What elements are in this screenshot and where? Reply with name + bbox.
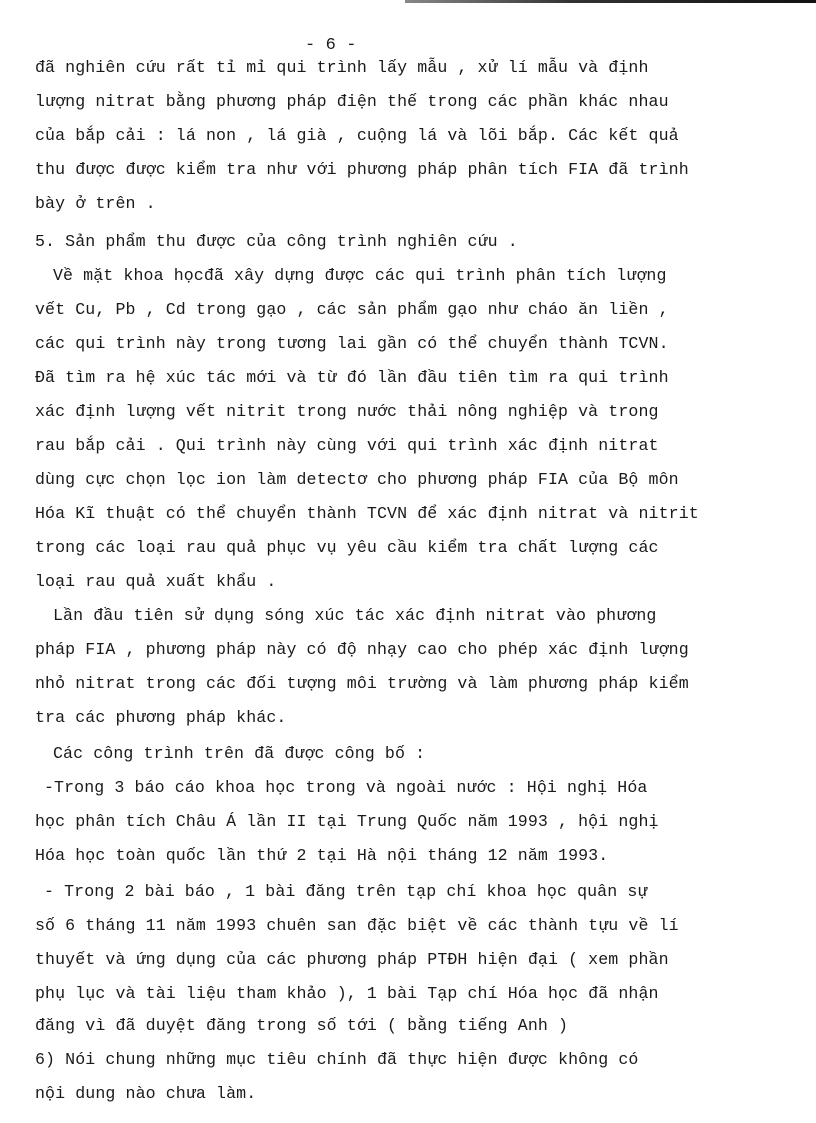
text-line: nhỏ nitrat trong các đối tượng môi trườn… bbox=[35, 674, 689, 693]
text-line: Về mặt khoa họcđã xây dựng được các qui … bbox=[53, 266, 667, 285]
text-line: dùng cực chọn lọc ion làm detectơ cho ph… bbox=[35, 470, 679, 489]
text-line: -Trong 3 báo cáo khoa học trong và ngoài… bbox=[44, 778, 647, 797]
text-line: nội dung nào chưa làm. bbox=[35, 1084, 256, 1103]
text-line: loại rau quả xuất khẩu . bbox=[35, 572, 276, 591]
text-line: Hóa học toàn quốc lần thứ 2 tại Hà nội t… bbox=[35, 846, 608, 865]
text-line: Các công trình trên đã được công bố : bbox=[53, 744, 425, 763]
text-line: bày ở trên . bbox=[35, 194, 156, 213]
text-line: trong các loại rau quả phục vụ yêu cầu k… bbox=[35, 538, 659, 557]
text-line: số 6 tháng 11 năm 1993 chuên san đặc biệ… bbox=[35, 916, 679, 935]
text-line: Hóa Kĩ thuật có thể chuyển thành TCVN để… bbox=[35, 504, 699, 523]
text-line: học phân tích Châu Á lần II tại Trung Qu… bbox=[35, 812, 659, 831]
text-line: thuyết và ứng dụng của các phương pháp P… bbox=[35, 950, 669, 969]
text-line: rau bắp cải . Qui trình này cùng với qui… bbox=[35, 436, 659, 455]
text-line: tra các phương pháp khác. bbox=[35, 708, 286, 727]
text-line: 6) Nói chung những mục tiêu chính đã thự… bbox=[35, 1050, 638, 1069]
text-line: vết Cu, Pb , Cd trong gạo , các sản phẩm… bbox=[35, 300, 669, 319]
text-line: pháp FIA , phương pháp này có độ nhạy ca… bbox=[35, 640, 689, 659]
text-line: - Trong 2 bài báo , 1 bài đăng trên tạp … bbox=[44, 882, 647, 901]
text-line: Đã tìm ra hệ xúc tác mới và từ đó lần đầ… bbox=[35, 368, 669, 387]
page-number: - 6 - bbox=[305, 36, 357, 55]
text-line: đăng vì đã duyệt đăng trong số tới ( bằn… bbox=[35, 1016, 568, 1035]
text-line: xác định lượng vết nitrit trong nước thả… bbox=[35, 402, 659, 421]
text-line: các qui trình này trong tương lai gần có… bbox=[35, 334, 669, 353]
text-line: Lần đầu tiên sử dụng sóng xúc tác xác đị… bbox=[53, 606, 656, 625]
text-line: 5. Sản phẩm thu được của công trình nghi… bbox=[35, 232, 518, 251]
text-line: thu được được kiểm tra như với phương ph… bbox=[35, 160, 689, 179]
document-page: - 6 - đã nghiên cứu rất tỉ mỉ qui trình … bbox=[0, 0, 816, 1123]
text-line: lượng nitrat bằng phương pháp điện thế t… bbox=[35, 92, 669, 111]
text-line: đã nghiên cứu rất tỉ mỉ qui trình lấy mẫ… bbox=[35, 58, 649, 77]
text-line: của bắp cải : lá non , lá già , cuộng lá… bbox=[35, 126, 679, 145]
text-line: phụ lục và tài liệu tham khảo ), 1 bài T… bbox=[35, 984, 659, 1003]
